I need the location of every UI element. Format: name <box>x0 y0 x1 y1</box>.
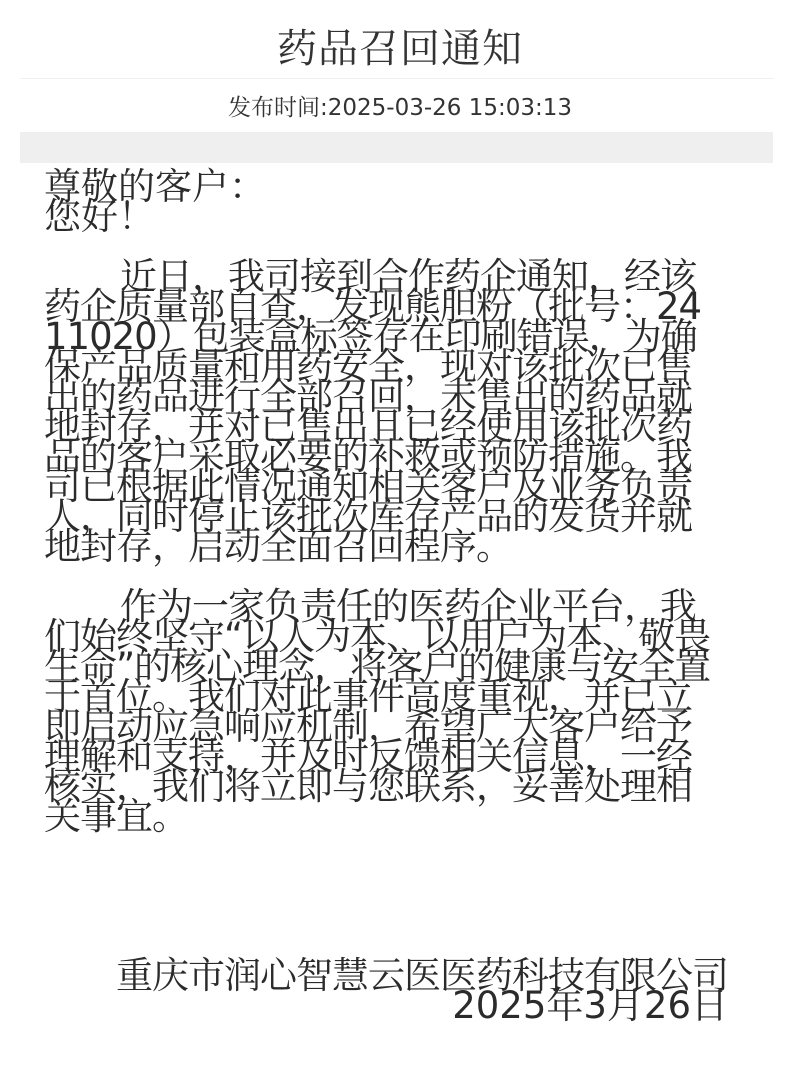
paragraph-company-commitment: 作为一家负责任的医药企业平台，我们始终坚守“以人为本、以用户为本、敬畏生命”的核… <box>44 592 714 832</box>
greeting: 您好！ <box>44 202 714 232</box>
page-title: 药品召回通知 <box>0 24 800 74</box>
section-separator-bar <box>20 132 773 163</box>
paragraph-recall-details: 近日，我司接到合作药企通知，经该药企质量部自查，发现熊胆粉（批号：2411020… <box>44 262 714 562</box>
signature-block: 重庆市润心智慧云医医药科技有限公司 2025年3月26日 <box>68 958 728 1024</box>
notice-content: 尊敬的客户： 您好！ 近日，我司接到合作药企通知，经该药企质量部自查，发现熊胆粉… <box>44 172 714 832</box>
publish-time: 发布时间:2025-03-26 15:03:13 <box>0 93 800 123</box>
title-divider <box>20 78 774 79</box>
